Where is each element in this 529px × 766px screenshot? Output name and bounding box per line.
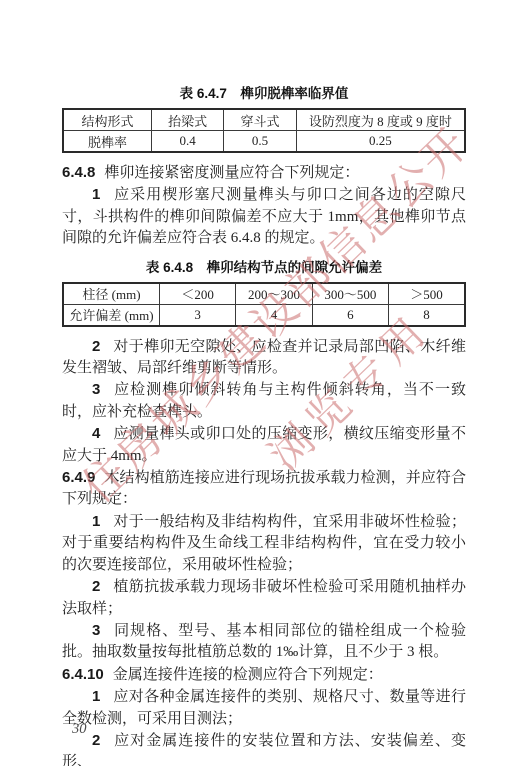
table-647: 结构形式 抬梁式 穿斗式 设防烈度为 8 度或 9 度时 脱榫率 0.4 0.5… [62, 108, 466, 153]
table-row: 结构形式 抬梁式 穿斗式 设防烈度为 8 度或 9 度时 [63, 109, 465, 131]
table-cell: 6 [312, 304, 388, 326]
clause-6-4-8-item-4: 4应测量榫头或卯口处的压缩变形，横纹压缩变形量不应大于 4mm。 [62, 423, 466, 467]
table-cell: 脱榫率 [63, 131, 151, 153]
clause-6-4-9-item-1: 1对于一般结构及非结构构件，宜采用非破坏性检验；对于重要结构构件及生命线工程非结… [62, 511, 466, 576]
clause-6-4-8: 6.4.8榫卯连接紧密度测量应符合下列规定： [62, 162, 466, 184]
table-cell: 8 [389, 304, 465, 326]
table-cell: 300～500 [312, 283, 388, 305]
table-row: 脱榫率 0.4 0.5 0.25 [63, 131, 465, 153]
table-648: 柱径 (mm) ＜200 200～300 300～500 ＞500 允许偏差 (… [62, 282, 466, 327]
item-text: 应对各种金属连接件的类别、规格尺寸、数量等进行全数检测，可采用目测法； [62, 689, 466, 726]
clause-6-4-10: 6.4.10金属连接件连接的检测应符合下列规定： [62, 664, 466, 686]
clause-number: 6.4.9 [62, 469, 95, 486]
item-text: 对于榫卯无空隙处、应检查并记录局部凹陷、木纤维发生褶皱、局部纤维剪断等情形。 [62, 339, 466, 376]
clause-6-4-8-item-3: 3应检测榫卯倾斜转角与主构件倾斜转角，当不一致时，应补充检查榫头。 [62, 379, 466, 423]
item-number: 2 [92, 732, 100, 749]
table-648-title: 表 6.4.8 榫卯结构节点的间隙允许偏差 [62, 256, 466, 276]
clause-number: 6.4.10 [62, 666, 104, 683]
item-text: 应采用楔形塞尺测量榫头与卯口之间各边的空隙尺寸，斗拱构件的榫卯间隙偏差不应大于 … [62, 187, 466, 246]
item-number: 4 [92, 425, 100, 442]
item-text: 同规格、型号、基本相同部位的锚栓组成一个检验批。抽取数量按每批植筋总数的 1‰计… [62, 623, 466, 660]
item-number: 2 [92, 338, 100, 355]
item-number: 1 [92, 513, 100, 530]
clause-6-4-10-item-1: 1应对各种金属连接件的类别、规格尺寸、数量等进行全数检测，可采用目测法； [62, 686, 466, 730]
table-cell: 穿斗式 [224, 109, 296, 131]
page-content: 表 6.4.7 榫卯脱榫率临界值 结构形式 抬梁式 穿斗式 设防烈度为 8 度或… [62, 82, 466, 766]
item-text: 对于一般结构及非结构构件，宜采用非破坏性检验；对于重要结构构件及生命线工程非结构… [62, 514, 466, 573]
clause-number: 6.4.8 [62, 164, 95, 181]
item-text: 应对金属连接件的安装位置和方法、安装偏差、变形、 [62, 733, 466, 766]
page-number: 30 [72, 721, 87, 738]
clause-text: 木结构植筋连接应进行现场抗拔承载力检测，并应符合下列规定： [62, 470, 466, 507]
item-text: 应检测榫卯倾斜转角与主构件倾斜转角，当不一致时，应补充检查榫头。 [62, 382, 466, 419]
table-cell: 设防烈度为 8 度或 9 度时 [296, 109, 465, 131]
table-cell: 0.4 [151, 131, 223, 153]
item-number: 3 [92, 381, 100, 398]
item-number: 1 [92, 688, 100, 705]
table-cell: 0.25 [296, 131, 465, 153]
clause-6-4-8-item-2: 2对于榫卯无空隙处、应检查并记录局部凹陷、木纤维发生褶皱、局部纤维剪断等情形。 [62, 336, 466, 380]
table-cell: ＞500 [389, 283, 465, 305]
clause-6-4-9-item-2: 2植筋抗拔承载力现场非破坏性检验可采用随机抽样办法取样； [62, 576, 466, 620]
item-number: 2 [92, 578, 100, 595]
item-number: 1 [92, 186, 100, 203]
table-647-title: 表 6.4.7 榫卯脱榫率临界值 [62, 82, 466, 102]
clause-6-4-9-item-3: 3同规格、型号、基本相同部位的锚栓组成一个检验批。抽取数量按每批植筋总数的 1‰… [62, 620, 466, 664]
table-row: 允许偏差 (mm) 3 4 6 8 [63, 304, 465, 326]
table-row: 柱径 (mm) ＜200 200～300 300～500 ＞500 [63, 283, 465, 305]
document-page: 表 6.4.7 榫卯脱榫率临界值 结构形式 抬梁式 穿斗式 设防烈度为 8 度或… [0, 0, 529, 766]
table-cell: ＜200 [159, 283, 235, 305]
table-cell: 4 [236, 304, 312, 326]
clause-6-4-9: 6.4.9木结构植筋连接应进行现场抗拔承载力检测，并应符合下列规定： [62, 467, 466, 511]
table-cell: 200～300 [236, 283, 312, 305]
table-cell: 0.5 [224, 131, 296, 153]
table-cell: 抬梁式 [151, 109, 223, 131]
clause-6-4-8-item-1: 1应采用楔形塞尺测量榫头与卯口之间各边的空隙尺寸，斗拱构件的榫卯间隙偏差不应大于… [62, 184, 466, 249]
table-cell: 3 [159, 304, 235, 326]
clause-6-4-10-item-2: 2应对金属连接件的安装位置和方法、安装偏差、变形、 [62, 730, 466, 766]
table-cell: 允许偏差 (mm) [63, 304, 159, 326]
item-text: 应测量榫头或卯口处的压缩变形，横纹压缩变形量不应大于 4mm。 [62, 426, 466, 463]
clause-text: 金属连接件连接的检测应符合下列规定： [113, 667, 383, 683]
table-cell: 柱径 (mm) [63, 283, 159, 305]
table-cell: 结构形式 [63, 109, 151, 131]
item-number: 3 [92, 622, 100, 639]
item-text: 植筋抗拔承载力现场非破坏性检验可采用随机抽样办法取样； [62, 579, 466, 616]
clause-text: 榫卯连接紧密度测量应符合下列规定： [104, 165, 359, 181]
